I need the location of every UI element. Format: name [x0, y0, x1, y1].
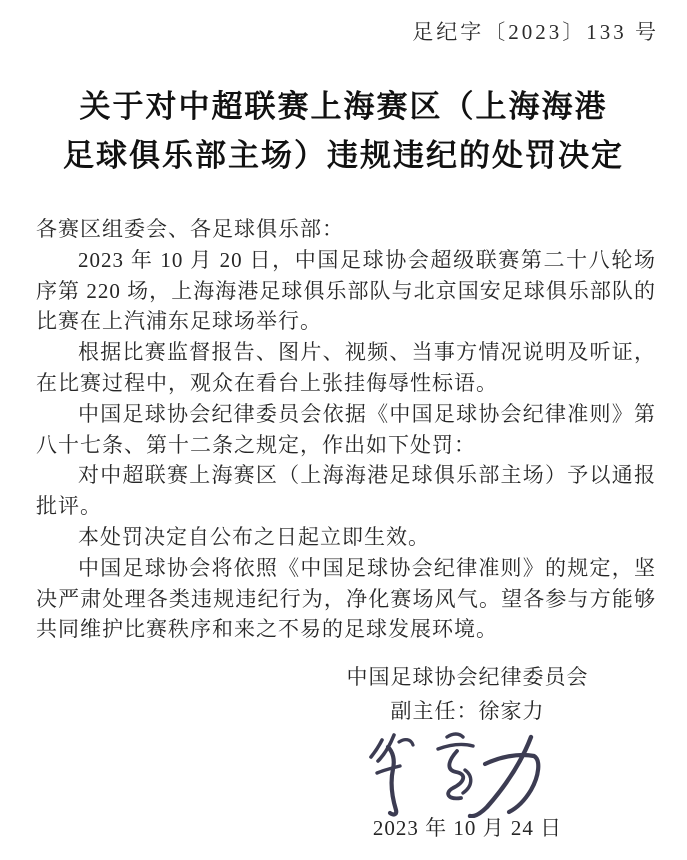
- document-title: 关于对中超联赛上海赛区（上海海港 足球俱乐部主场）违规违纪的处罚决定: [0, 82, 687, 180]
- body-paragraph: 中国足球协会将依照《中国足球协会纪律准则》的规定，坚决严肃处理各类违规违纪行为，…: [36, 553, 656, 645]
- closing-block: 中国足球协会纪律委员会 副主任：徐家力: [325, 660, 610, 818]
- closing-signer: 副主任：徐家力: [325, 694, 610, 728]
- document-page: 足纪字〔2023〕133 号 关于对中超联赛上海赛区（上海海港 足球俱乐部主场）…: [0, 0, 687, 860]
- closing-date: 2023 年 10 月 24 日: [325, 812, 610, 842]
- handwritten-signature: [363, 730, 563, 818]
- signature-icon: [363, 730, 563, 818]
- body-paragraph: 根据比赛监督报告、图片、视频、当事方情况说明及听证，在比赛过程中，观众在看台上张…: [36, 337, 656, 399]
- body-paragraph: 对中超联赛上海赛区（上海海港足球俱乐部主场）予以通报批评。: [36, 460, 656, 522]
- body-paragraph: 本处罚决定自公布之日起立即生效。: [36, 522, 656, 553]
- body-paragraph: 2023 年 10 月 20 日，中国足球协会超级联赛第二十八轮场序第 220 …: [36, 245, 656, 337]
- document-title-line2: 足球俱乐部主场）违规违纪的处罚决定: [0, 131, 687, 180]
- salutation: 各赛区组委会、各足球俱乐部：: [36, 214, 656, 245]
- document-body: 各赛区组委会、各足球俱乐部： 2023 年 10 月 20 日，中国足球协会超级…: [36, 214, 656, 645]
- body-paragraph: 中国足球协会纪律委员会依据《中国足球协会纪律准则》第八十七条、第十二条之规定，作…: [36, 399, 656, 461]
- doc-number: 足纪字〔2023〕133 号: [412, 16, 659, 46]
- document-title-line1: 关于对中超联赛上海赛区（上海海港: [0, 82, 687, 131]
- closing-organization: 中国足球协会纪律委员会: [325, 660, 610, 694]
